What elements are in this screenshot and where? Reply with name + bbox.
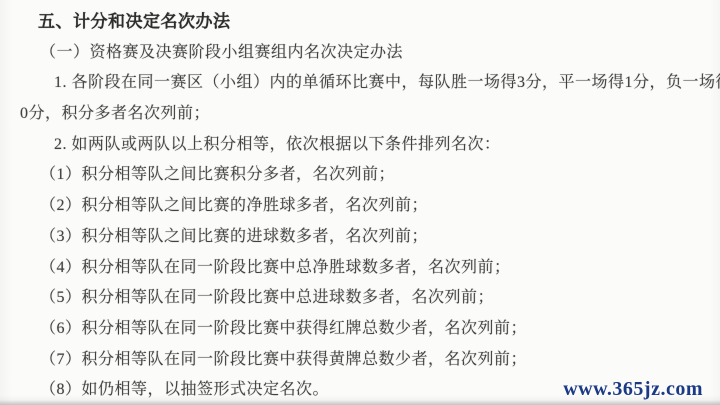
rule-line-1-continued: 0分，积分多者名次列前； <box>0 99 720 130</box>
tiebreak-item-7: （7）积分相等队在同一阶段比赛中获得黄牌总数少者，名次列前； <box>0 345 720 376</box>
tiebreak-item-2: （2）积分相等队之间比赛的净胜球多者，名次列前； <box>0 191 720 222</box>
document-title: 五、计分和决定名次办法 <box>0 7 720 38</box>
scanned-document-page: 五、计分和决定名次办法 （一）资格赛及决赛阶段小组赛组内名次决定办法 1. 各阶… <box>0 0 720 405</box>
tiebreak-item-6: （6）积分相等队在同一阶段比赛中获得红牌总数少者，名次列前； <box>0 314 720 345</box>
document-body: 五、计分和决定名次办法 （一）资格赛及决赛阶段小组赛组内名次决定办法 1. 各阶… <box>0 7 720 405</box>
section-heading: （一）资格赛及决赛阶段小组赛组内名次决定办法 <box>0 38 720 69</box>
tiebreak-item-1: （1）积分相等队之间比赛积分多者，名次列前； <box>0 160 720 191</box>
tiebreak-item-3: （3）积分相等队之间比赛的进球数多者，名次列前； <box>0 222 720 253</box>
tiebreak-item-4: （4）积分相等队在同一阶段比赛中总净胜球数多者，名次列前； <box>0 253 720 284</box>
tiebreak-item-5: （5）积分相等队在同一阶段比赛中总进球数多者，名次列前； <box>0 283 720 314</box>
rule-line-2: 2. 如两队或两队以上积分相等，依次根据以下条件排列名次： <box>0 130 720 161</box>
rule-line-1: 1. 各阶段在同一赛区（小组）内的单循环比赛中，每队胜一场得3分，平一场得1分，… <box>0 68 720 99</box>
watermark-site-link[interactable]: www.365jz.com <box>563 378 703 401</box>
